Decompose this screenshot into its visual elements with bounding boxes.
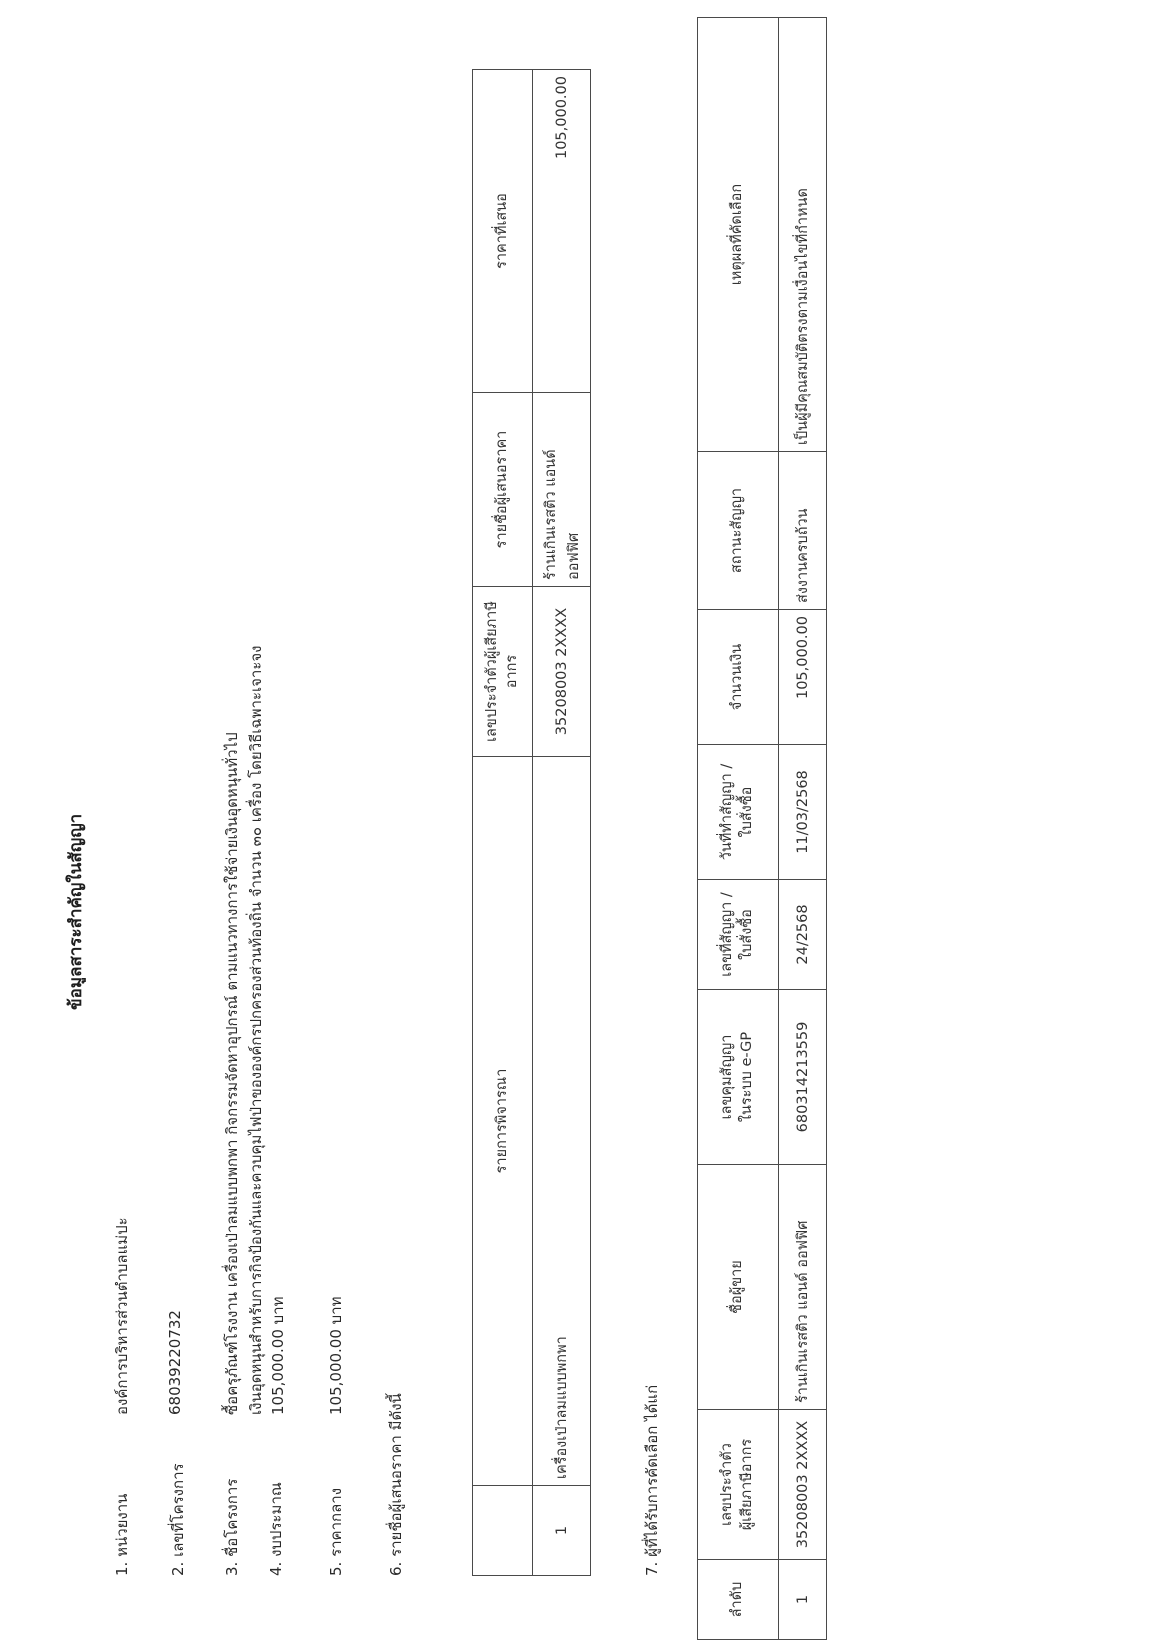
selected-cell-contract-no: 24/2568: [779, 880, 827, 990]
field-label-agency: 1. หน่วยงาน: [110, 1494, 134, 1576]
selected-cell-amount: 105,000.00: [779, 610, 827, 745]
selected-col-egp: เลขคุมสัญญา ในระบบ e-GP: [698, 990, 779, 1165]
bidders-cell-price: 105,000.00: [533, 70, 591, 393]
selected-col-reason: เหตุผลที่คัดเลือก: [698, 18, 779, 452]
selected-cell-egp: 680314213559: [779, 990, 827, 1165]
field-label-project-name: 3. ชื่อโครงการ: [220, 1479, 244, 1576]
bidders-table: รายการพิจารณา เลขประจำตัวผู้เสียภาษีอากร…: [472, 69, 591, 1576]
selected-col-taxid: เลขประจำตัว ผู้เสียภาษีอากร: [698, 1410, 779, 1560]
document-page: ข้อมูลสาระสำคัญในสัญญา 1. หน่วยงาน องค์ก…: [0, 0, 1156, 1650]
selected-col-amount: จำนวนเงิน: [698, 610, 779, 745]
field-value-project-number: 68039220732: [166, 1310, 184, 1415]
field-value-budget: 105,000.00 บาท: [266, 1297, 290, 1415]
table-row: 1 35208003 2XXXX ร้านเกินเรสติว แอนด์ ออ…: [779, 18, 827, 1640]
document-title: ข้อมูลสาระสำคัญในสัญญา: [62, 814, 89, 1010]
selected-col-contract-date: วันที่ทำสัญญา / ใบสั่งซื้อ: [698, 745, 779, 880]
field-value-median-price: 105,000.00 บาท: [324, 1297, 348, 1415]
selected-cell-order: 1: [779, 1560, 827, 1640]
field-label-budget: 4. งบประมาณ: [264, 1482, 288, 1576]
field-label-median-price: 5. ราคากลาง: [324, 1488, 348, 1576]
bidders-cell-item: เครื่องเป่าลมแบบพกพา: [533, 757, 591, 1486]
selected-cell-seller: ร้านเกินเรสติว แอนด์ ออฟฟิศ: [779, 1165, 827, 1410]
bidders-cell-no: 1: [533, 1486, 591, 1576]
field-label-project-number: 2. เลขที่โครงการ: [166, 1463, 190, 1576]
selected-table-header: ลำดับ เลขประจำตัว ผู้เสียภาษีอากร ชื่อผู…: [698, 18, 779, 1640]
table-row: 1 เครื่องเป่าลมแบบพกพา 35208003 2XXXX ร้…: [533, 70, 591, 1576]
selected-col-order: ลำดับ: [698, 1560, 779, 1640]
selected-cell-taxid: 35208003 2XXXX: [779, 1410, 827, 1560]
selected-cell-reason: เป็นผู้มีคุณสมบัติตรงตามเงื่อนไขที่กำหนด: [779, 18, 827, 452]
selected-col-seller: ชื่อผู้ขาย: [698, 1165, 779, 1410]
bidders-cell-taxid: 35208003 2XXXX: [533, 587, 591, 757]
bidders-col-taxid: เลขประจำตัวผู้เสียภาษีอากร: [473, 587, 533, 757]
section7-heading: 7. ผู้ที่ได้รับการคัดเลือก ได้แก่: [640, 1385, 664, 1576]
selected-cell-status: ส่งงานครบถ้วน: [779, 452, 827, 610]
selected-vendor-table: ลำดับ เลขประจำตัว ผู้เสียภาษีอากร ชื่อผู…: [697, 17, 827, 1640]
selected-cell-contract-date: 11/03/2568: [779, 745, 827, 880]
selected-col-status: สถานะสัญญา: [698, 452, 779, 610]
field-value-agency: องค์การบริหารส่วนตำบลแม่ปะ: [110, 1217, 134, 1415]
bidders-col-price: ราคาที่เสนอ: [473, 70, 533, 393]
selected-col-contract-no: เลขที่สัญญา / ใบสั่งซื้อ: [698, 880, 779, 990]
field-value-project-name: ซื้อครุภัณฑ์โรงงาน เครื่องเป่าลมแบบพกพา …: [220, 732, 244, 1415]
bidders-cell-name: ร้านเกินเรสติว แอนด์ ออฟฟิศ: [533, 393, 591, 587]
bidders-col-item: รายการพิจารณา: [473, 757, 533, 1486]
bidders-col-name: รายชื่อผู้เสนอราคา: [473, 393, 533, 587]
bidders-table-header: รายการพิจารณา เลขประจำตัวผู้เสียภาษีอากร…: [473, 70, 533, 1576]
field-value-project-name-line2: เงินอุดหนุนสำหรับการกิจป้องกันและควบคุมไ…: [244, 645, 268, 1415]
bidders-col-no: [473, 1486, 533, 1576]
section6-heading: 6. รายชื่อผู้เสนอราคา มีดังนี้: [384, 1393, 408, 1576]
